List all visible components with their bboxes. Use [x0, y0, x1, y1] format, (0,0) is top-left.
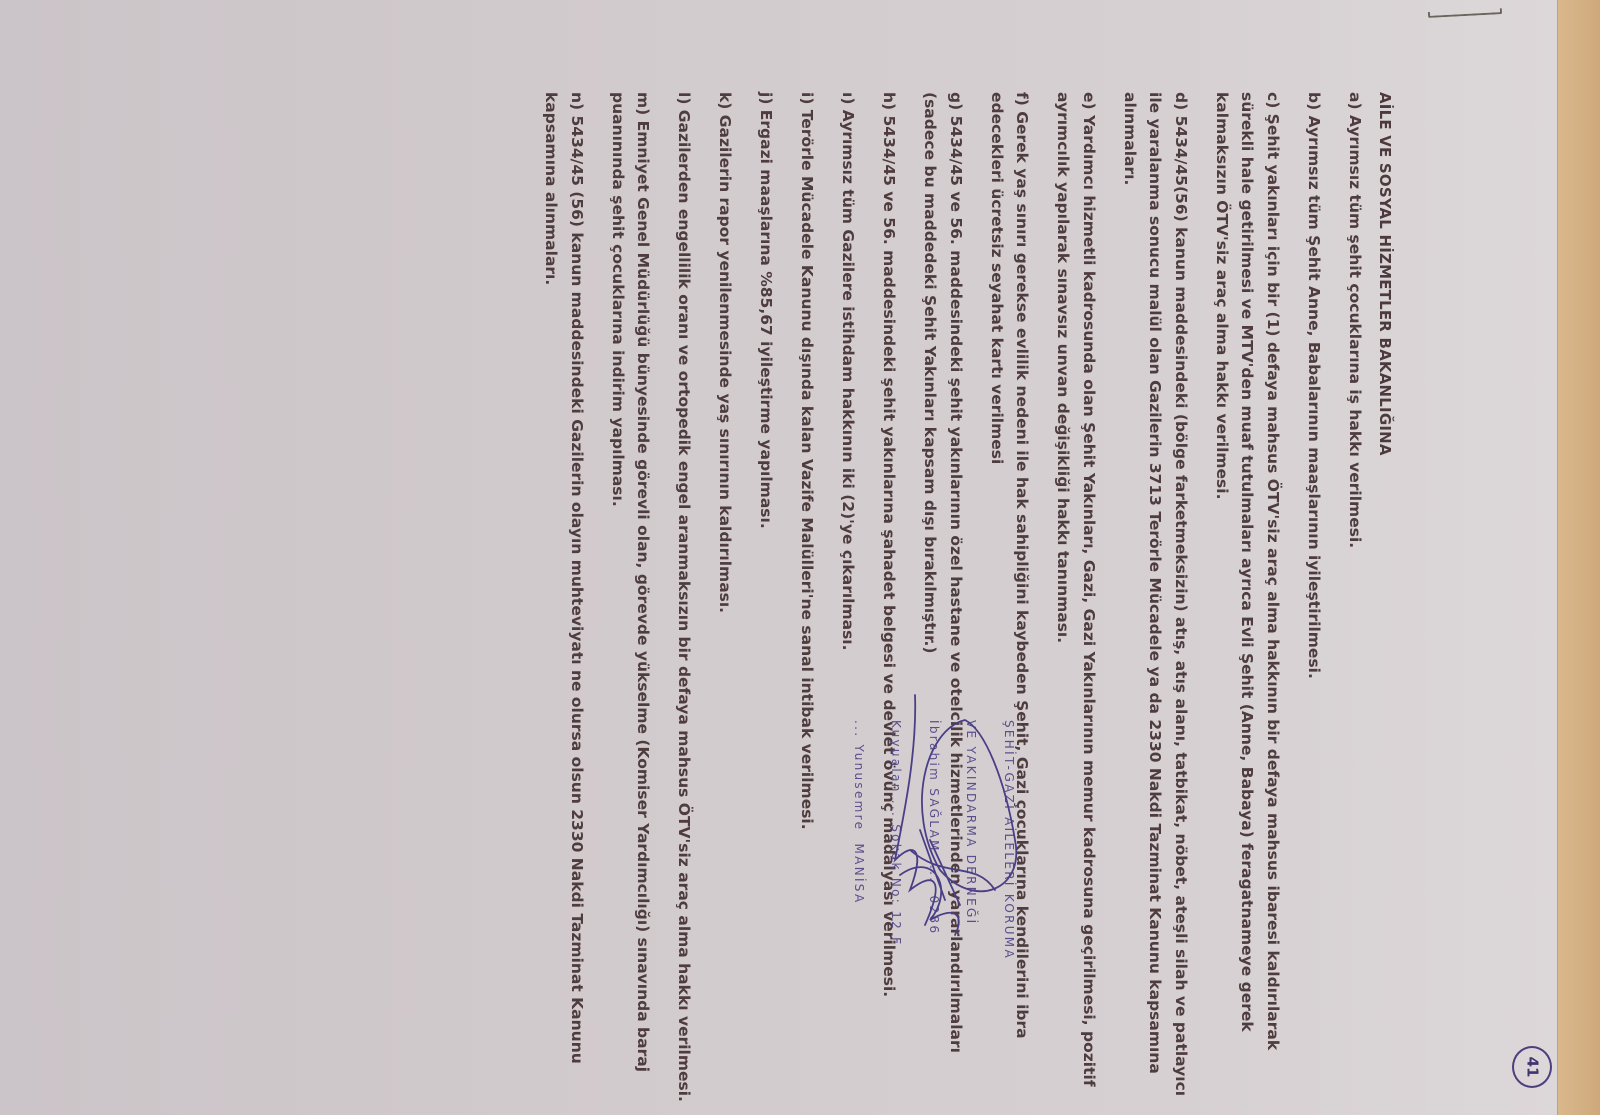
- list-item: b) Ayrımsız tüm Şehit Anne, Babalarının …: [1301, 92, 1327, 1102]
- list-item: n) 5434/45 (56) kanun maddesindeki Gazil…: [538, 92, 589, 1102]
- page-number: 41: [1523, 1057, 1541, 1078]
- list-item: c) Şehit yakınları için bir (1) defaya m…: [1209, 92, 1286, 1102]
- list-item: j) Ergazi maaşlarına %85,67 iyileştirme …: [753, 92, 779, 1102]
- list-item: e) Yardımcı hizmetli kadrosunda olan Şeh…: [1050, 92, 1101, 1102]
- list-item: m) Emniyet Genel Müdürlüğü bünyesinde gö…: [605, 92, 656, 1102]
- stamp-line: ... Yunusemre MANİSA: [853, 720, 866, 960]
- list-item: a) Ayrımsız tüm şehit çocuklarına iş hak…: [1342, 92, 1368, 1102]
- signature-icon: [885, 690, 1045, 940]
- page-number-badge: 41: [1512, 1046, 1552, 1088]
- list-item: l) Gazilerden engellilik oranı ve ortope…: [671, 92, 697, 1102]
- table-surface: [1557, 0, 1600, 1115]
- recipient-heading: AİLE VE SOSYAL HİZMETLER BAKANLIĞINA: [1375, 92, 1395, 1102]
- list-item: i) Terörle Mücadele Kanunu dışında kalan…: [794, 92, 820, 1102]
- list-item: k) Gazilerin rapor yenilenmesinde yaş sı…: [712, 92, 738, 1102]
- list-item: d) 5434/45(56) kanun maddesindeki (bölge…: [1117, 92, 1194, 1102]
